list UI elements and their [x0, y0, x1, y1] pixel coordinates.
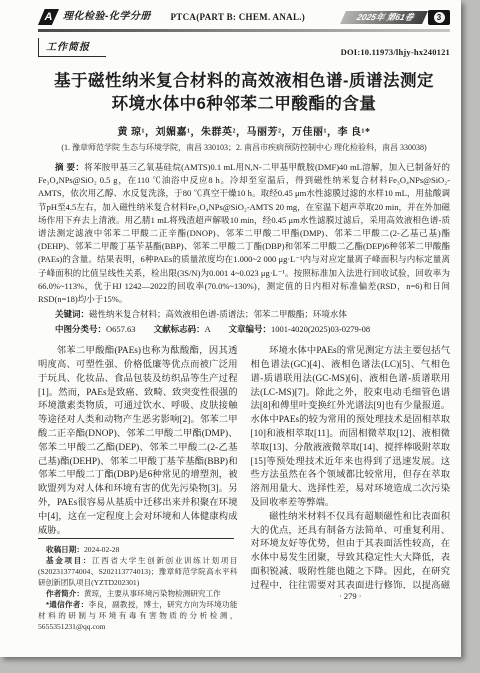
footnote-block: 收稿日期：2024-02-28 基金项目：江西省大学生创新创业训练计划项目(S2… — [38, 538, 238, 632]
abstract-block: 摘 要：将苯胺甲基三乙氧基硅烷(AMTS)0.1 mL用N,N-二甲基甲酰胺(D… — [38, 161, 450, 306]
right-column-text: 环境水体中PAEs的常见测定方法主要包括气相色谱法(GC)[4]、液相色谱法(L… — [251, 345, 451, 601]
left-column: 邻苯二甲酸酯(PAEs)也称为酞酸酯，因其透明度高、可塑性强、价格低廉等优点而被… — [38, 345, 238, 601]
issue-number-badge: 3 — [428, 10, 450, 25]
issue-number: 3 — [434, 12, 445, 23]
footnote-bio-label: 作者简介： — [46, 589, 84, 598]
footnote-fund: 基金项目：江西省大学生创新创业训练计划项目(S202313774004、S202… — [38, 555, 238, 588]
doi-text: DOI:10.11973/lhjy-hx240121 — [341, 47, 450, 57]
keywords-line: 关键词：磁性纳米复合材料；高效液相色谱-质谱法；邻苯二甲酸酯；环境水体 — [38, 308, 450, 321]
affiliation-line: (1. 豫章师范学院 生态与环境学院，南昌 330103；2. 南昌市疾病预防控… — [38, 142, 450, 153]
article-title: 基于磁性纳米复合材料的高效液相色谱-质谱法测定 环境水体中6种邻苯二甲酸酯的含量 — [38, 70, 450, 116]
right-column: 环境水体中PAEs的常见测定方法主要包括气相色谱法(GC)[4]、液相色谱法(L… — [251, 345, 451, 601]
journal-header: A 理化检验-化学分册 PTCA(PART B: CHEM. ANAL.) 20… — [38, 6, 450, 57]
body-paragraph: 磁性纳米材料不仅具有超顺磁性和比表面积大的优点，还具有制备方法简单、可重复利用、… — [251, 511, 451, 601]
body-paragraph: 邻苯二甲酸酯(PAEs)也称为酞酸酯，因其透明度高、可塑性强、价格低廉等优点而被… — [38, 345, 238, 538]
authors-line: 黄 琼¹，刘媚嘉¹，朱群英²，马丽芳²，万佳丽¹，李 良¹* — [38, 123, 450, 138]
footnote-bio: 作者简介：黄琼，主要从事环境污染物检测研究工作 — [38, 588, 238, 599]
journal-name-en: PTCA(PART B: CHEM. ANAL.) — [171, 12, 324, 22]
footnote-fund-label: 基金项目： — [46, 556, 92, 565]
keywords-text: 磁性纳米复合材料；高效液相色谱-质谱法；邻苯二甲酸酯；环境水体 — [89, 309, 347, 319]
footnote-bio-value: 黄琼，主要从事环境污染物检测研究工作 — [84, 589, 221, 598]
clc-label: 中图分类号： — [55, 324, 106, 334]
classification-line: 中图分类号：O657.63 文献标志码：A 文章编号：1001-4020(202… — [38, 323, 450, 336]
article-title-line1: 基于磁性纳米复合材料的高效液相色谱-质谱法测定 — [38, 70, 450, 93]
clc-value: O657.63 — [106, 324, 136, 334]
article-id-value: 1001-4020(2025)03-0279-08 — [271, 324, 370, 334]
column-type-label: 工作简报 — [38, 38, 106, 57]
page-number: · 279 · — [251, 589, 451, 601]
footnote-received-value: 2024-02-28 — [84, 545, 119, 554]
footnote-corresponding: *通信作者：李良，副教授，博士，研究方向为环境功能材料的研制与环境有毒有害物质的… — [38, 599, 238, 632]
issue-badge: 2025年 第61卷 — [340, 11, 428, 24]
abstract-label: 摘 要： — [55, 162, 84, 172]
header-divider — [38, 29, 450, 32]
article-id-label: 文章编号： — [228, 324, 271, 334]
journal-logo-icon: A — [38, 9, 59, 25]
footnote-divider — [38, 538, 234, 539]
journal-name-cn: 理化检验-化学分册 — [63, 11, 151, 23]
footnote-received: 收稿日期：2024-02-28 — [38, 544, 238, 555]
issue-badge-label: 2025年 第61卷 — [355, 13, 414, 22]
footnote-received-label: 收稿日期： — [46, 545, 84, 554]
article-title-line2: 环境水体中6种邻苯二甲酸酯的含量 — [38, 93, 450, 116]
paper-page: A 理化检验-化学分册 PTCA(PART B: CHEM. ANAL.) 20… — [0, 0, 461, 657]
footnote-corresponding-label: *通信作者： — [46, 600, 89, 609]
abstract-text: 将苯胺甲基三乙氧基硅烷(AMTS)0.1 mL用N,N-二甲基甲酰胺(DMF)4… — [38, 162, 450, 304]
doc-code-label: 文献标志码： — [154, 324, 205, 334]
keywords-label: 关键词： — [55, 309, 89, 319]
doc-code-value: A — [205, 324, 211, 334]
body-columns: 邻苯二甲酸酯(PAEs)也称为酞酸酯，因其透明度高、可塑性强、价格低廉等优点而被… — [38, 345, 450, 601]
body-paragraph: 环境水体中PAEs的常见测定方法主要包括气相色谱法(GC)[4]、液相色谱法(L… — [251, 345, 451, 511]
